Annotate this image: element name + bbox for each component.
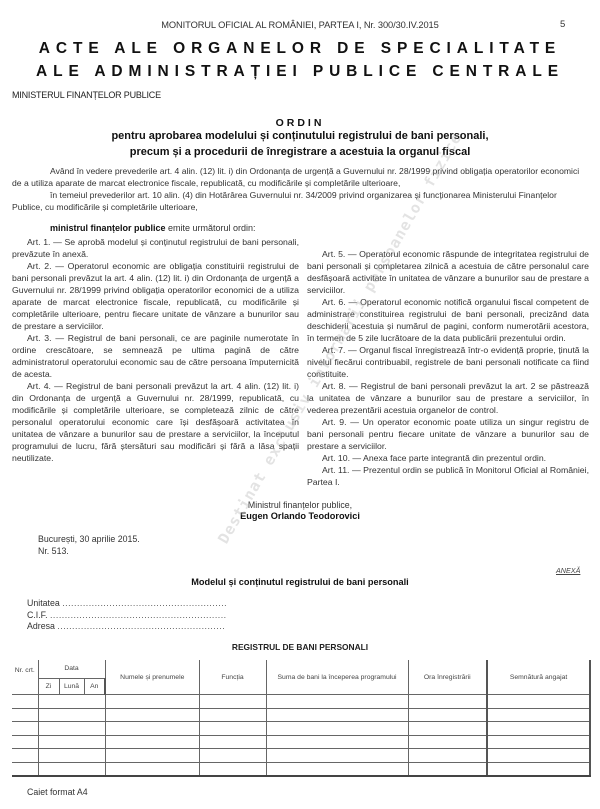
cell-semnatura — [487, 762, 590, 776]
cell-nume — [105, 749, 199, 763]
annex-title: Modelul și conținutul registrului de ban… — [0, 577, 600, 587]
article-10: Art. 10. — Anexa face parte integrantă d… — [307, 452, 589, 464]
cell-ora — [408, 708, 487, 722]
cell-nume — [105, 722, 199, 736]
cell-semnatura — [487, 735, 590, 749]
register-table: Nr. crt. Data Numele și prenumele Funcți… — [12, 660, 591, 777]
col-header-nume: Numele și prenumele — [105, 660, 199, 695]
cell-data — [38, 708, 105, 722]
table-row — [12, 749, 590, 763]
subheader-luna: Lună — [59, 678, 84, 694]
article-7: Art. 7. — Organul fiscal înregistrează î… — [307, 344, 589, 380]
cell-semnatura — [487, 708, 590, 722]
order-label: ORDIN — [0, 117, 600, 129]
subheader-an: An — [84, 678, 105, 694]
cell-functia — [199, 762, 266, 776]
table-row — [12, 722, 590, 736]
cell-ora — [408, 762, 487, 776]
issuer-statement: ministrul finanțelor publice emite următ… — [50, 223, 256, 233]
cell-functia — [199, 695, 266, 709]
article-5: Art. 5. — Operatorul economic răspunde d… — [307, 248, 589, 296]
cell-suma — [266, 695, 408, 709]
preamble-paragraph-1: Având în vedere prevederile art. 4 alin.… — [12, 165, 588, 189]
order-subtitle-line1: pentru aprobarea modelului și conținutul… — [0, 130, 600, 142]
col-header-nr: Nr. crt. — [12, 660, 38, 695]
cell-suma — [266, 735, 408, 749]
table-row — [12, 695, 590, 709]
cell-data — [38, 695, 105, 709]
cell-semnatura — [487, 722, 590, 736]
cell-nume — [105, 708, 199, 722]
col-header-ora: Ora înregistrării — [408, 660, 487, 695]
place-and-number: București, 30 aprilie 2015. Nr. 513. — [38, 533, 140, 557]
field-unitatea: Unitatea ...............................… — [27, 598, 227, 610]
cell-functia — [199, 708, 266, 722]
cell-ora — [408, 749, 487, 763]
cell-semnatura — [487, 749, 590, 763]
section-title-line1: ACTE ALE ORGANELOR DE SPECIALITATE — [0, 40, 600, 58]
article-1: Art. 1. — Se aprobă modelul și conținutu… — [12, 236, 299, 260]
order-number: Nr. 513. — [38, 545, 140, 557]
cell-suma — [266, 722, 408, 736]
register-title: REGISTRUL DE BANI PERSONALI — [0, 642, 600, 652]
page-number: 5 — [560, 19, 565, 30]
cell-ora — [408, 722, 487, 736]
articles-right-column: Art. 5. — Operatorul economic răspunde d… — [307, 236, 589, 488]
article-4: Art. 4. — Registrul de bani personali pr… — [12, 380, 299, 464]
cell-ora — [408, 735, 487, 749]
signature-title: Ministrul finanțelor publice, — [0, 500, 600, 510]
cell-data — [38, 762, 105, 776]
cell-functia — [199, 722, 266, 736]
cell-nr — [12, 695, 38, 709]
cell-nume — [105, 762, 199, 776]
articles-left-column: Art. 1. — Se aprobă modelul și conținutu… — [12, 236, 299, 464]
issuer-name: ministrul finanțelor publice — [50, 223, 166, 233]
col-header-semnatura: Semnătură angajat — [487, 660, 590, 695]
subheader-zi: Zi — [38, 678, 59, 694]
article-9: Art. 9. — Un operator economic poate uti… — [307, 416, 589, 452]
cell-nr — [12, 762, 38, 776]
cell-nr — [12, 749, 38, 763]
order-subtitle-line2: precum și a procedurii de înregistrare a… — [0, 146, 600, 158]
cell-data — [38, 749, 105, 763]
footer-note: Caiet format A4 — [27, 787, 88, 797]
article-6: Art. 6. — Operatorul economic notifică o… — [307, 296, 589, 344]
table-row — [12, 735, 590, 749]
field-adresa: Adresa .................................… — [27, 621, 227, 633]
cell-suma — [266, 708, 408, 722]
field-cif: C.I.F. .................................… — [27, 610, 227, 622]
annex-label: ANEXĂ — [556, 566, 580, 575]
col-header-functia: Funcția — [199, 660, 266, 695]
article-3: Art. 3. — Registrul de bani personali, c… — [12, 332, 299, 380]
article-11: Art. 11. — Prezentul ordin se publică în… — [307, 464, 589, 488]
cell-nr — [12, 735, 38, 749]
section-title-line2: ALE ADMINISTRAȚIEI PUBLICE CENTRALE — [0, 63, 600, 81]
place-date: București, 30 aprilie 2015. — [38, 533, 140, 545]
col-header-suma: Suma de bani la începerea programului — [266, 660, 408, 695]
cell-suma — [266, 762, 408, 776]
preamble-paragraph-2: în temeiul prevederilor art. 10 alin. (4… — [12, 189, 588, 213]
article-8: Art. 8. — Registrul de bani personali pr… — [307, 380, 589, 416]
cell-ora — [408, 695, 487, 709]
cell-data — [38, 722, 105, 736]
signature-name: Eugen Orlando Teodorovici — [0, 511, 600, 521]
cell-functia — [199, 749, 266, 763]
annex-fields: Unitatea ...............................… — [27, 598, 227, 633]
col-header-data: Data — [38, 660, 105, 678]
cell-nume — [105, 695, 199, 709]
table-row — [12, 762, 590, 776]
running-header: MONITORUL OFICIAL AL ROMÂNIEI, PARTEA I,… — [0, 20, 600, 30]
cell-suma — [266, 749, 408, 763]
article-2: Art. 2. — Operatorul economic are obliga… — [12, 260, 299, 332]
cell-semnatura — [487, 695, 590, 709]
ministry-name: MINISTERUL FINANȚELOR PUBLICE — [12, 90, 161, 100]
cell-nr — [12, 722, 38, 736]
table-row — [12, 708, 590, 722]
cell-nume — [105, 735, 199, 749]
cell-nr — [12, 708, 38, 722]
cell-data — [38, 735, 105, 749]
cell-functia — [199, 735, 266, 749]
